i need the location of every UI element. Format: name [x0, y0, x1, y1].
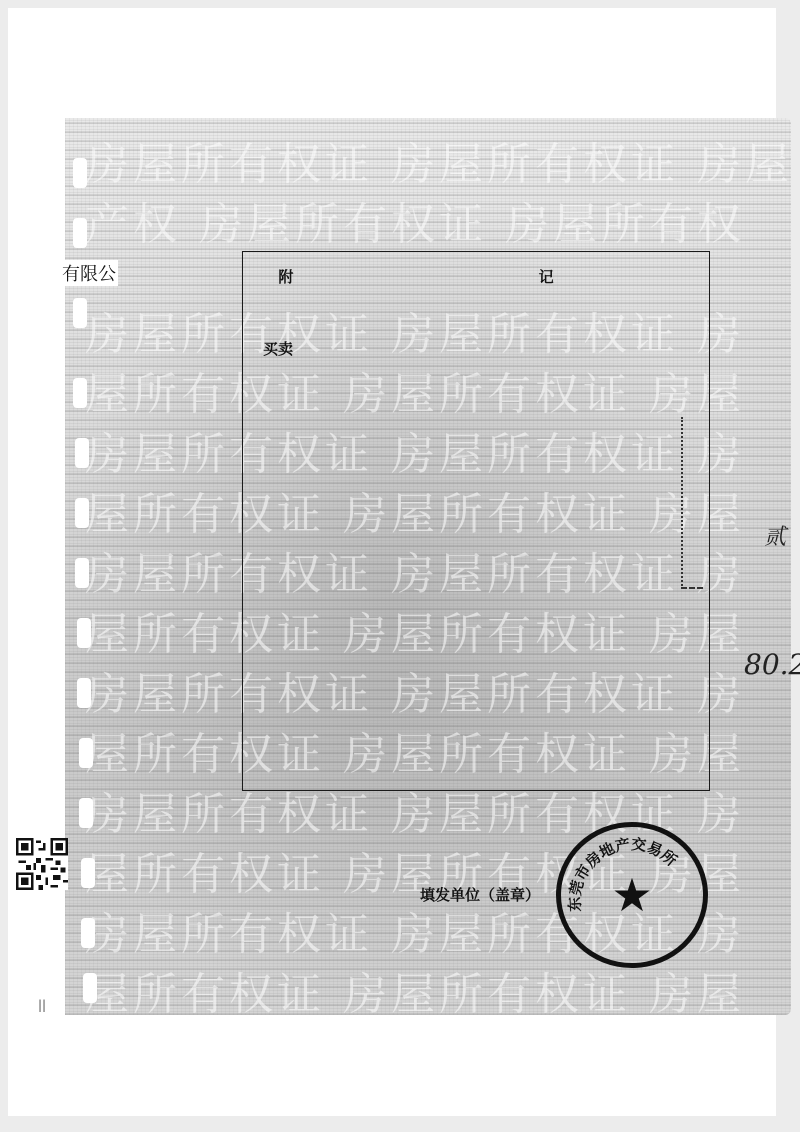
binder-hole: [73, 218, 87, 248]
binder-hole: [81, 918, 95, 948]
binder-hole: [73, 158, 87, 188]
document-page: 房屋所有权证 房屋所有权证 房屋 产权 房屋所有权证 房屋所有权 房屋所有权证 …: [8, 8, 776, 1116]
binder-hole: [73, 378, 87, 408]
binder-hole: [81, 858, 95, 888]
binder-hole: [83, 973, 97, 1003]
binder-hole: [73, 298, 87, 328]
binder-hole: [75, 498, 89, 528]
remarks-box: 附 记 买卖: [242, 251, 710, 791]
binder-hole: [77, 678, 91, 708]
watermark-text: 产权 房屋所有权证 房屋所有权: [85, 188, 745, 252]
remarks-transaction-type: 买卖: [263, 338, 293, 359]
handwritten-note: 贰: [764, 520, 786, 551]
issuer-label: 填发单位（盖章）: [420, 884, 540, 905]
handwritten-number: 80.2: [744, 648, 800, 681]
binder-hole: [75, 438, 89, 468]
remarks-title: 附 记: [243, 266, 709, 287]
star-icon: ★: [611, 872, 652, 918]
dashed-marker: [681, 417, 703, 589]
binder-hole: [77, 618, 91, 648]
watermark-text: 房屋所有权证 房屋所有权证 房屋: [85, 128, 791, 192]
company-name-fragment: 有限公: [60, 260, 118, 286]
page-marker: ||: [38, 998, 46, 1012]
binder-hole: [79, 798, 93, 828]
binder-hole: [79, 738, 93, 768]
official-seal: 东莞市房地产交易所 ★: [556, 822, 708, 968]
qr-code-icon[interactable]: [16, 838, 68, 890]
binder-hole: [75, 558, 89, 588]
